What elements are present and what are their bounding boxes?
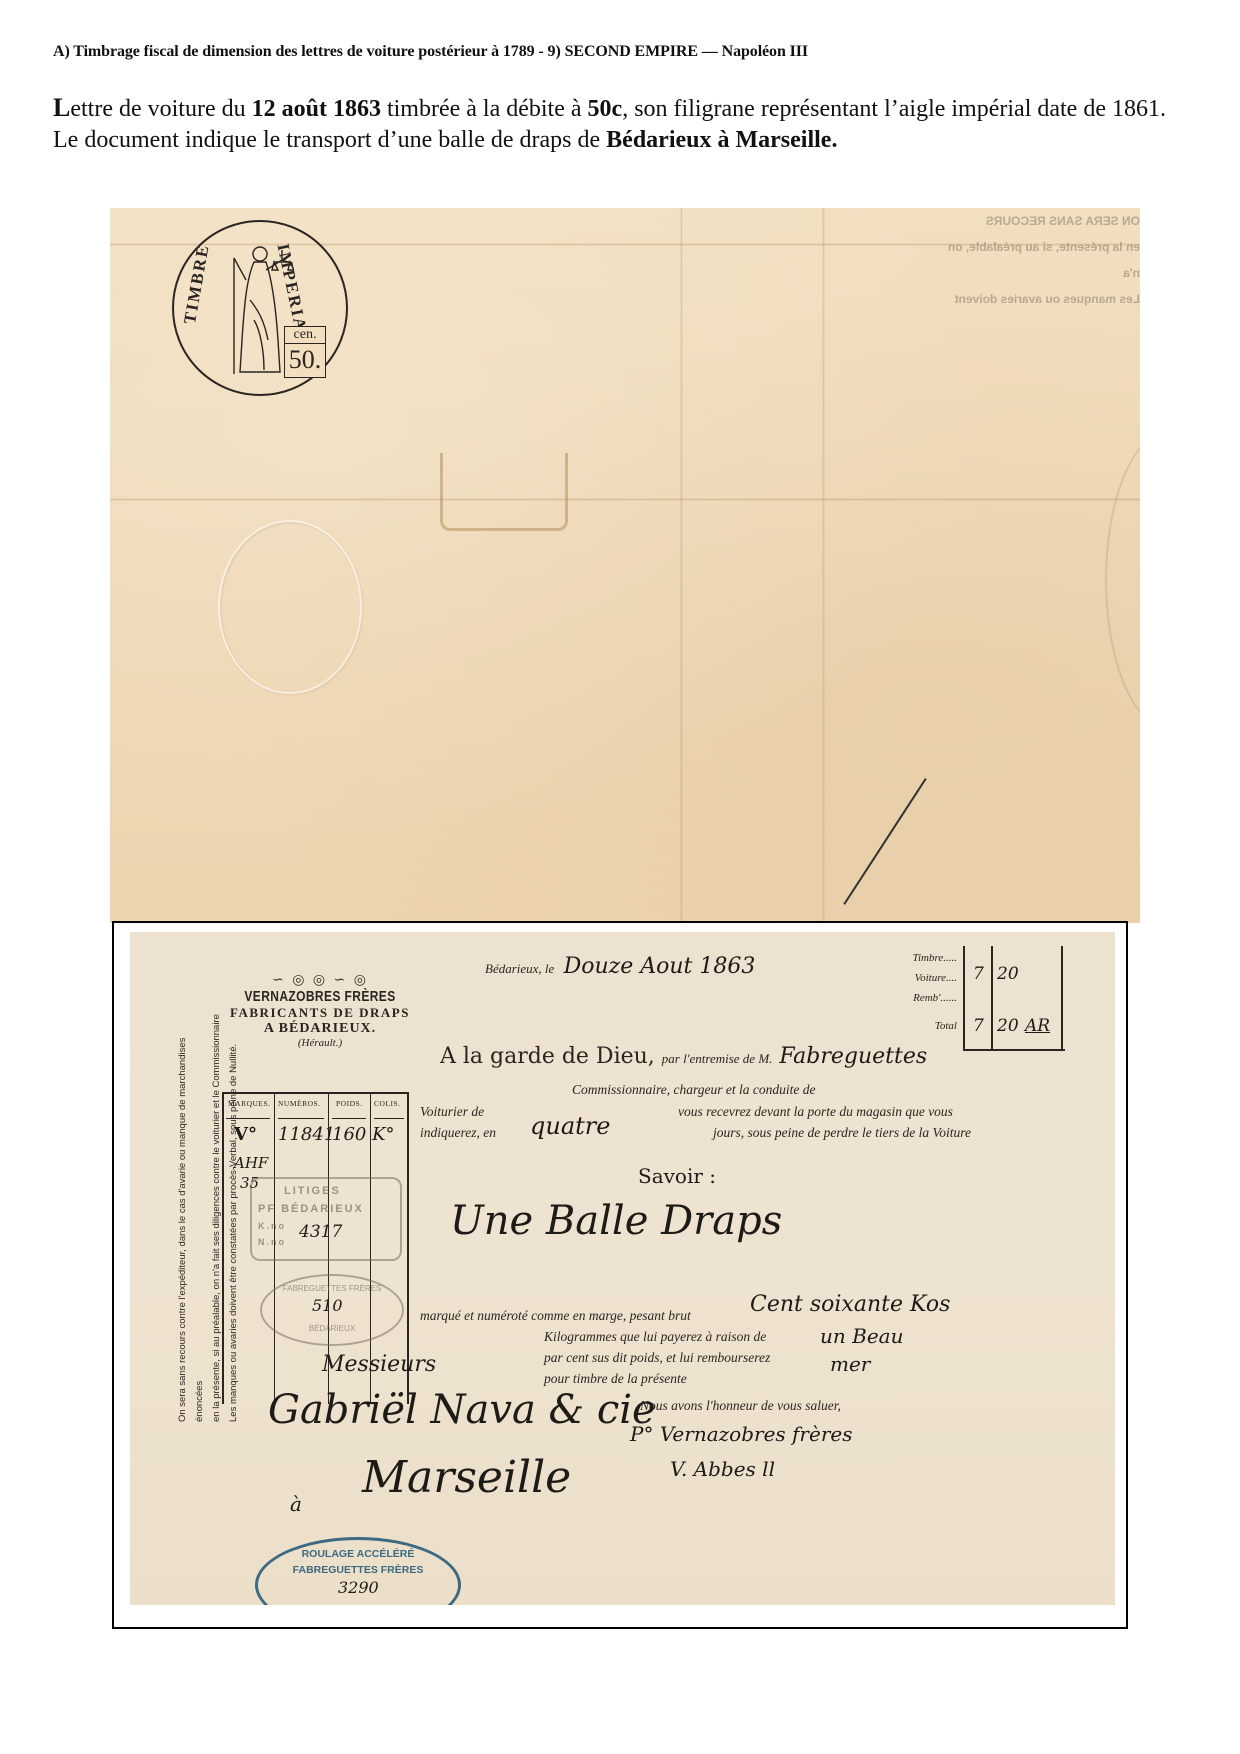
charges-table: Timbre..... Voiture.... Remb'...... Tota… — [885, 946, 1035, 1051]
rate-handwritten-2: mer — [830, 1352, 870, 1376]
charge-label-total: Total — [885, 1020, 957, 1032]
document-frame: ∽ ◎ ◎ ∽ ◎ VERNAZOBRES FRÈRES FABRICANTS … — [112, 921, 1128, 1629]
section-title: A) Timbrage fiscal de dimension des lett… — [53, 43, 808, 61]
intro-text-1: ettre de voiture du — [70, 96, 251, 122]
fold-line — [680, 208, 683, 923]
carrier-handwritten: Fabreguettes — [779, 1044, 927, 1069]
column-rule — [1061, 946, 1063, 1051]
a-label: à — [290, 1492, 302, 1516]
litiges-stamp-k: K.no — [258, 1221, 286, 1231]
voiture-cents: 20 — [997, 964, 1019, 984]
legal-note-line: en la présente, si au préalable, on n'a … — [208, 1002, 225, 1422]
grey-stamp-number: 510 — [312, 1296, 343, 1315]
receive-line: vous recevrez devant la porte du magasin… — [678, 1104, 953, 1120]
legal-note-line: Les manques ou avaries doivent être cons… — [225, 1002, 242, 1422]
document-scan-reverse: ON SERA SANS RECOURS en la présente, si … — [110, 208, 1140, 923]
charge-label-voiture: Voiture.... — [885, 972, 957, 984]
destination-handwritten: Marseille — [362, 1452, 571, 1503]
addressee-handwritten: Gabriël Nava & cie — [268, 1387, 656, 1433]
show-through-oval-stamp — [1105, 428, 1140, 732]
entremise-label: par l'entremise de M. — [662, 1051, 773, 1066]
vertical-legal-note: On sera sans recours contre l'expéditeur… — [174, 1002, 242, 1422]
signature-line-2: V. Abbes ll — [670, 1457, 775, 1481]
stamp-text-left: TIMBRE — [180, 242, 214, 325]
flourish-decoration: ∽ ◎ ◎ ∽ ◎ — [190, 972, 450, 988]
litiges-stamp-office: PF BÉDARIEUX — [258, 1203, 364, 1215]
signature-line-1: P° Vernazobres frères — [630, 1422, 852, 1446]
stamp-unit: cen. — [285, 327, 325, 344]
litiges-number: 4317 — [299, 1222, 342, 1242]
penalty-line: jours, sous peine de perdre le tiers de … — [713, 1125, 971, 1141]
total-mark: AR — [1025, 1016, 1050, 1036]
stamp-value: 50. — [285, 344, 325, 376]
show-through-bracket — [440, 453, 568, 531]
ledger-header-numeros: NUMÉROS. — [278, 1099, 321, 1108]
header-rule — [332, 1118, 366, 1119]
ledger-weight: 160 K° — [332, 1124, 395, 1145]
garde-line: A la garde de Dieu, par l'entremise de M… — [440, 1044, 927, 1069]
grey-stamp-top: FABREGUETTES FRÈRES — [262, 1284, 402, 1293]
charge-label-timbre: Timbre..... — [885, 952, 957, 964]
indiquerez-label: indiquerez, en — [420, 1125, 496, 1141]
closing-line: Nous avons l'honneur de vous saluer, — [640, 1398, 841, 1414]
marked-line: marqué et numéroté comme en marge, pesan… — [420, 1308, 691, 1324]
fabreguettes-bedarieux-stamp: FABREGUETTES FRÈRES 510 BÉDARIEUX — [260, 1274, 404, 1346]
stamp-line: pour timbre de la présente — [544, 1371, 687, 1387]
ledger-header-colis: COLIS. — [374, 1099, 401, 1108]
weight-handwritten: Cent soixante Kos — [750, 1292, 950, 1317]
column-rule — [991, 946, 993, 1051]
litiges-stamp: LITIGES PF BÉDARIEUX K.no N.no — [250, 1177, 402, 1261]
letterhead-company: VERNAZOBRES FRÈRES — [216, 988, 424, 1005]
savoir-heading: Savoir : — [638, 1164, 716, 1188]
header-rule — [374, 1118, 404, 1119]
litiges-stamp-title: LITIGES — [284, 1185, 341, 1197]
date-line: Bédarieux, le Douze Aout 1863 — [485, 954, 755, 979]
blue-stamp-number: 3290 — [338, 1578, 379, 1597]
messieurs: Messieurs — [322, 1352, 436, 1377]
commission-line: Commissionnaire, chargeur et la conduite… — [572, 1082, 815, 1098]
voiture-francs: 7 — [973, 964, 984, 984]
total-francs: 7 — [973, 1016, 984, 1036]
blue-stamp-line-3: MONTPELLIER — [258, 1604, 458, 1605]
ledger-number: 11841 — [278, 1124, 335, 1145]
embossed-eagle-watermark — [218, 520, 362, 694]
voiturier-label: Voiturier de — [420, 1104, 484, 1120]
tax-stamp: TIMBRE IMPERIAL. cen. 50. — [172, 220, 348, 396]
legal-note-line: On sera sans recours contre l'expéditeur… — [174, 1002, 208, 1422]
total-cents: 20 — [997, 1016, 1019, 1036]
stamp-value-box: cen. 50. — [284, 326, 326, 378]
intro-value: 50c — [588, 96, 623, 122]
goods-handwritten: Une Balle Draps — [450, 1198, 782, 1244]
kilo-line: Kilogrammes que lui payerez à raison de — [544, 1329, 766, 1345]
intro-lead-letter: L — [53, 93, 70, 122]
fold-line — [110, 498, 1140, 501]
charge-label-remb: Remb'...... — [885, 992, 957, 1004]
blue-stamp-line-1: ROULAGE ACCÉLÉRÉ — [258, 1548, 458, 1560]
ledger-header-poids: POIDS. — [336, 1099, 363, 1108]
roulage-accelere-stamp: ROULAGE ACCÉLÉRÉ FABREGUETTES FRÈRES 329… — [255, 1537, 461, 1605]
rate-handwritten-1: un Beau — [820, 1324, 903, 1348]
intro-route: Bédarieux à Marseille. — [606, 127, 837, 153]
garde-phrase: A la garde de Dieu, — [440, 1044, 655, 1069]
litiges-stamp-n: N.no — [258, 1237, 286, 1247]
intro-date: 12 août 1863 — [252, 96, 381, 122]
days-handwritten: quatre — [530, 1112, 610, 1140]
pen-stroke — [843, 778, 926, 905]
date-handwritten: Douze Aout 1863 — [564, 954, 756, 979]
table-rule — [965, 1049, 1065, 1051]
intro-text-2: timbrée à la débite à — [381, 96, 588, 122]
blue-stamp-line-2: FABREGUETTES FRÈRES — [258, 1564, 458, 1576]
header-rule — [278, 1118, 324, 1119]
document-scan-front: ∽ ◎ ◎ ∽ ◎ VERNAZOBRES FRÈRES FABRICANTS … — [130, 932, 1115, 1605]
grey-stamp-bottom: BÉDARIEUX — [262, 1324, 402, 1333]
fold-line — [822, 208, 825, 923]
intro-paragraph: Lettre de voiture du 12 août 1863 timbré… — [53, 92, 1173, 156]
column-rule — [963, 946, 965, 1051]
date-label: Bédarieux, le — [485, 961, 554, 976]
percent-line: par cent sus dit poids, et lui rembourse… — [544, 1350, 770, 1366]
show-through-text: ON SERA SANS RECOURS en la présente, si … — [932, 208, 1140, 312]
